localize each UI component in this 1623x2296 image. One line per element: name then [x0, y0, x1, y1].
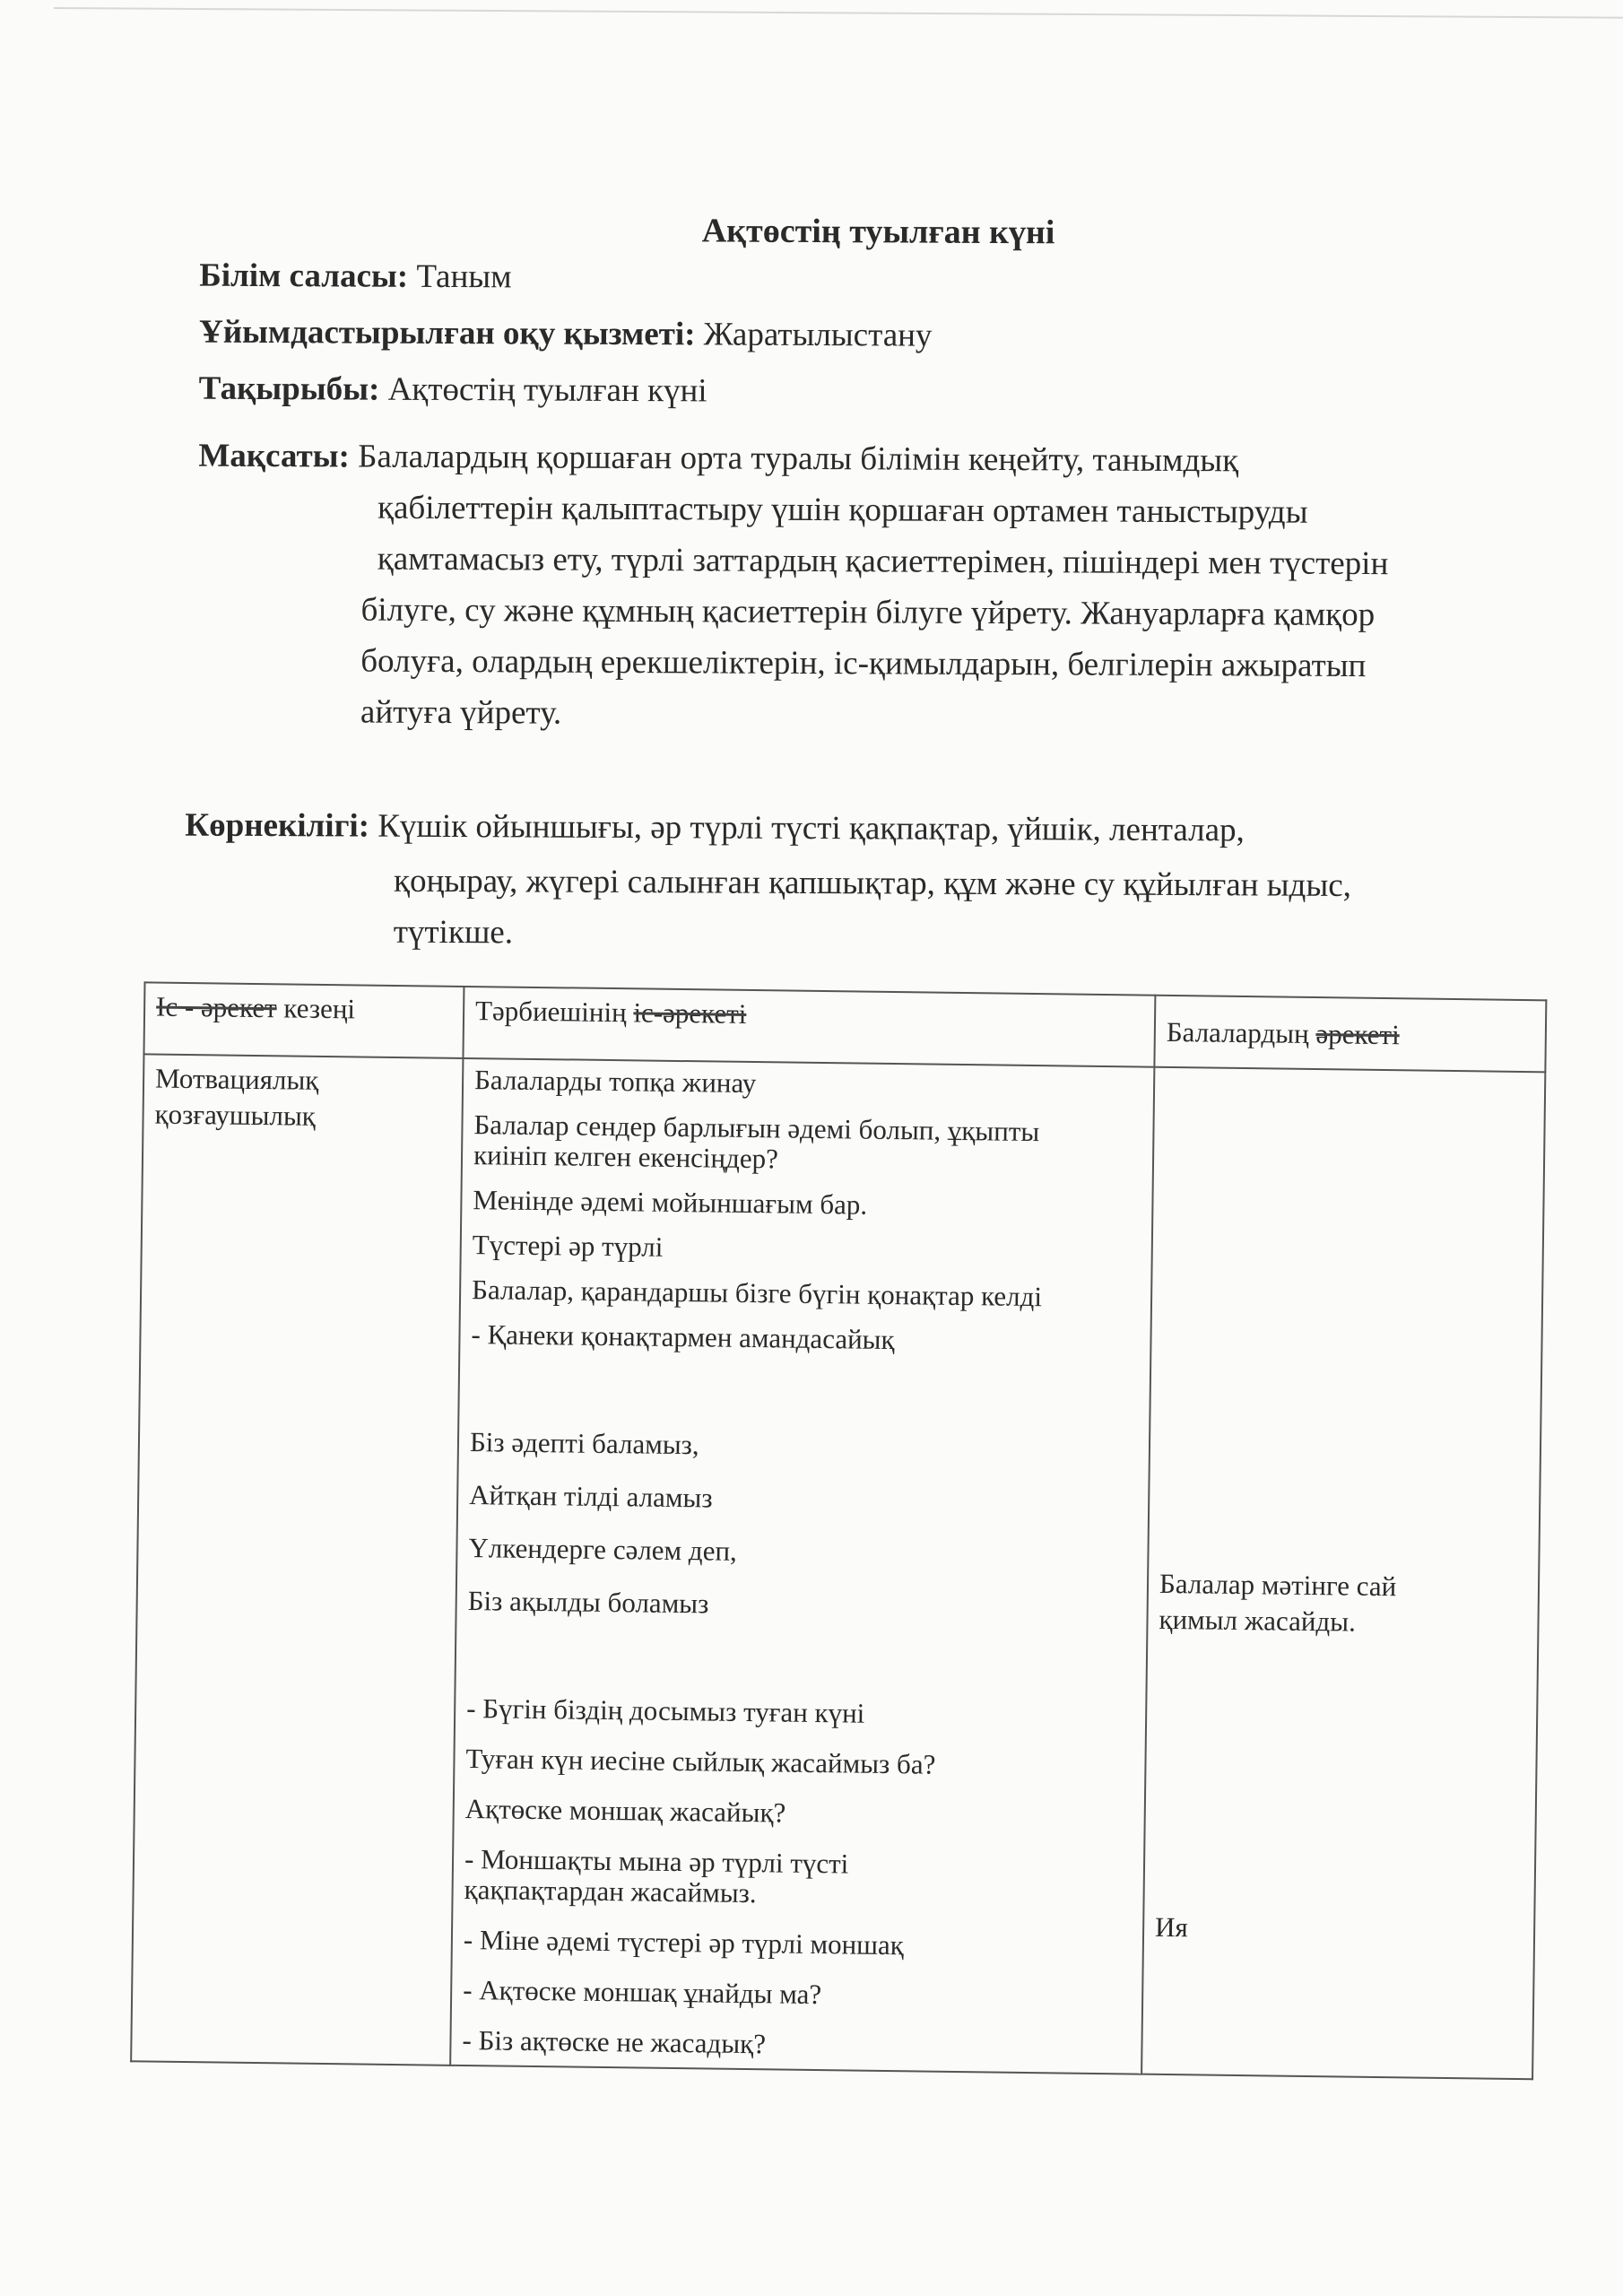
children-note: Балалар мәтінге сай қимыл жасайды.: [1159, 1566, 1428, 1641]
visuals-continuation: қоңырау, жүгері салынған қапшықтар, құм …: [394, 856, 1351, 962]
children-answer: Ия: [1155, 1911, 1188, 1944]
document-title: Ақтөстің туылған күні: [4, 208, 1623, 256]
poem-line: Біз ақылды боламыз: [468, 1586, 1136, 1624]
goal-continuation-2: білуге, су және құмның қасиеттерін білуг…: [360, 585, 1375, 744]
field-subject-area: Білім саласы: Таным: [199, 259, 511, 294]
goal-line: болуға, олардың ерекшеліктерін, іс-қимыл…: [360, 636, 1375, 692]
goal-label: Мақсаты:: [198, 438, 350, 475]
teacher-line: Ақтөске моншақ жасайық?: [465, 1794, 1133, 1832]
teacher-cell: Балаларды топқа жинау Балалар сендер бар…: [450, 1058, 1154, 2074]
goal-line: қабілеттерін қалыптастыру үшін қоршаған …: [378, 483, 1389, 539]
stage-cell: Мотвациялық қозғаушылық: [131, 1054, 463, 2065]
spacer: [466, 1631, 1135, 1701]
visuals-label: Көрнекілігі:: [185, 807, 369, 845]
field-value: Жаратылыстану: [704, 316, 933, 353]
goal-line: Балалардың қоршаған орта туралы білімін …: [358, 439, 1238, 480]
goal-line: қамтамасыз ету, түрлі заттардың қасиетте…: [378, 534, 1389, 590]
teacher-line: Туған күн иесіне сыйлық жасаймыз ба?: [465, 1744, 1133, 1782]
header-teacher-struck: іс-әрекеті: [633, 996, 746, 1030]
poem-line: Үлкендерге сәлем деп,: [468, 1533, 1136, 1571]
teacher-line: - Ақтөске моншақ ұнайды ма?: [463, 1975, 1131, 2013]
visuals-line: Күшік ойыншығы, әр түрлі түсті қақпақтар…: [378, 808, 1245, 849]
field-label: Ұйымдастырылған оқу қызметі:: [199, 314, 696, 353]
teacher-line: Балаларды топқа жинау: [474, 1065, 1142, 1103]
teacher-line: Түстері әр түрлі: [473, 1230, 1141, 1268]
header-teacher-text: Тәрбиешінің: [475, 995, 634, 1028]
teacher-line: Балалар сендер барлығын әдемі болып, ұқы…: [473, 1109, 1057, 1178]
header-stage-text: кезеңі: [276, 992, 355, 1024]
field-value: Таным: [416, 258, 511, 296]
teacher-line: Балалар, қарандаршы бізге бүгін қонақтар…: [472, 1274, 1099, 1313]
goal-section: Мақсаты: Балалардың қоршаған орта туралы…: [198, 430, 1238, 487]
teacher-line: - Қанеки қонақтармен амандасайық: [471, 1319, 1139, 1358]
lesson-plan-table: Іс - әрекет кезеңі Тәрбиешінің іс-әрекет…: [130, 981, 1547, 2080]
goal-line: білуге, су және құмның қасиеттерін білуг…: [360, 585, 1375, 641]
children-cell: Балалар мәтінге сай қимыл жасайды. Ия: [1141, 1067, 1545, 2079]
visuals-line: түтікше.: [394, 907, 1351, 962]
visuals-section: Көрнекілігі: Күшік ойыншығы, әр түрлі тү…: [185, 800, 1245, 857]
poem-line: Айтқан тілді аламыз: [469, 1480, 1137, 1518]
header-stage: Іс - әрекет кезеңі: [143, 982, 464, 1058]
goal-line: айтуға үйрету.: [360, 687, 1375, 744]
field-label: Білім саласы:: [199, 257, 408, 295]
field-label: Тақырыбы:: [199, 370, 380, 408]
teacher-line: - Біз ақтөске не жасадық?: [462, 2025, 1130, 2064]
header-children-text: Балалардың: [1167, 1016, 1316, 1049]
field-value: Ақтөстің туылған күні: [388, 371, 707, 410]
spacer: [470, 1364, 1139, 1435]
teacher-line: Менінде әдемі мойыншағым бар.: [473, 1185, 1141, 1223]
document-page: Ақтөстің туылған күні Білім саласы: Таны…: [0, 0, 1623, 2296]
teacher-line: - Міне әдемі түстері әр түрлі моншақ: [464, 1925, 1132, 1963]
teacher-line: - Моншақты мына әр түрлі түсті қақпақтар…: [464, 1844, 949, 1911]
header-children-struck: әрекеті: [1315, 1018, 1400, 1050]
header-stage-struck: Іс - әрекет: [156, 991, 277, 1024]
field-activity: Ұйымдастырылған оқу қызметі: Жаратылыста…: [199, 316, 933, 352]
header-teacher: Тәрбиешінің іс-әрекеті: [463, 987, 1155, 1067]
table-row: Мотвациялық қозғаушылық Балаларды топқа …: [131, 1054, 1545, 2079]
field-topic: Тақырыбы: Ақтөстің туылған күні: [199, 372, 707, 408]
header-children: Балалардың әрекеті: [1154, 996, 1546, 1073]
goal-continuation: қабілеттерін қалыптастыру үшін қоршаған …: [378, 483, 1389, 590]
visuals-line: қоңырау, жүгері салынған қапшықтар, құм …: [394, 856, 1351, 911]
